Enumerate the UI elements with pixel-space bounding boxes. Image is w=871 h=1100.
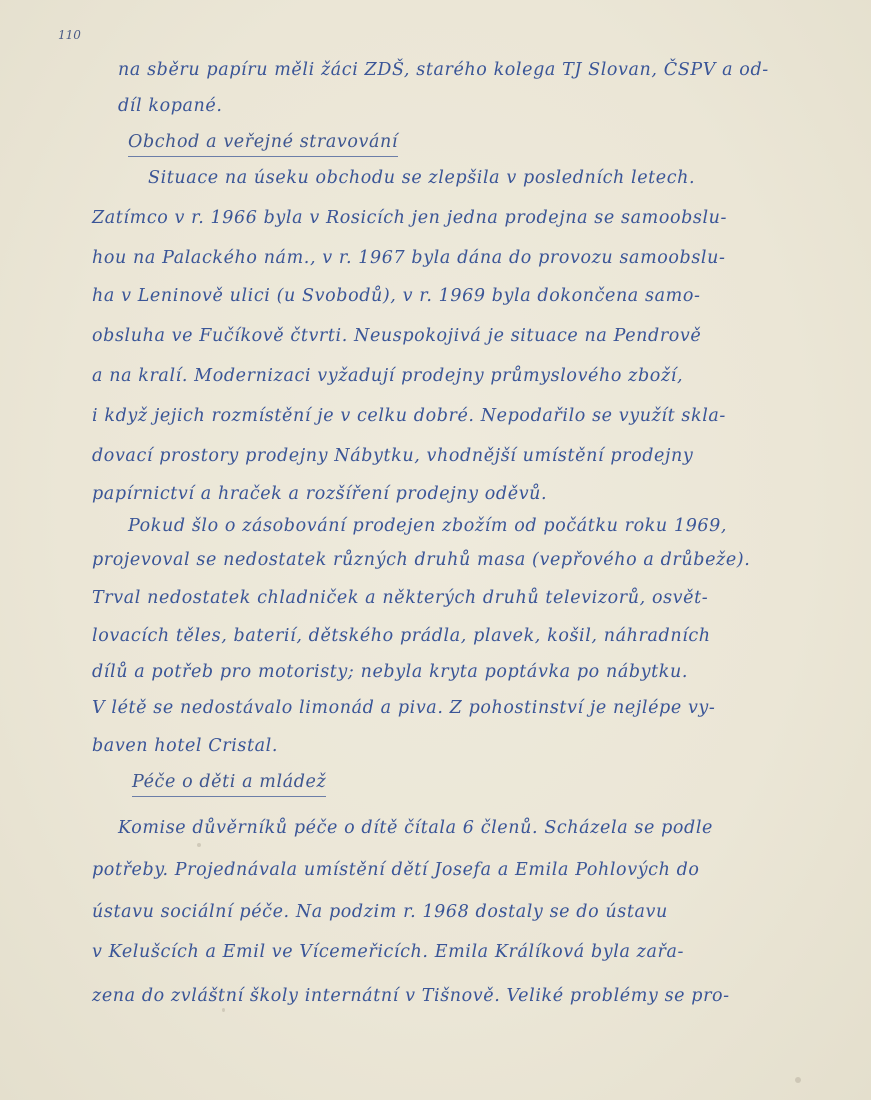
- text-line: a na kralí. Modernizaci vyžadují prodejn…: [92, 368, 683, 386]
- text-line: obsluha ve Fučíkově čtvrti. Neuspokojivá…: [92, 328, 701, 346]
- paper-spot: [795, 1077, 801, 1083]
- text-line: i když jejich rozmístění je v celku dobr…: [92, 408, 726, 426]
- text-line: Situace na úseku obchodu se zlepšila v p…: [148, 170, 695, 188]
- text-line: projevoval se nedostatek různých druhů m…: [92, 552, 750, 570]
- text-line: baven hotel Cristal.: [92, 738, 278, 756]
- page-number: 110: [58, 28, 81, 42]
- text-line: ha v Leninově ulici (u Svobodů), v r. 19…: [92, 288, 700, 306]
- text-line: hou na Palackého nám., v r. 1967 byla dá…: [92, 250, 726, 268]
- chronicle-page: 110 Obchod a veřejné stravování Péče o d…: [0, 0, 871, 1100]
- text-line: papírnictví a hraček a rozšíření prodejn…: [92, 486, 547, 504]
- text-line: Zatímco v r. 1966 byla v Rosicích jen je…: [92, 210, 727, 228]
- text-line: V létě se nedostávalo limonád a piva. Z …: [92, 700, 715, 718]
- text-line: na sběru papíru měli žáci ZDŠ, starého k…: [118, 62, 769, 80]
- section-heading-childcare: Péče o děti a mládež: [132, 774, 326, 797]
- text-line: zena do zvláštní školy internátní v Tišn…: [92, 988, 730, 1006]
- paper-spot: [197, 843, 201, 847]
- text-line: lovacích těles, baterií, dětského prádla…: [92, 628, 711, 646]
- text-line: v Kelušcích a Emil ve Vícemeřicích. Emil…: [92, 944, 684, 962]
- text-line: Trval nedostatek chladniček a některých …: [92, 590, 708, 608]
- text-line: Pokud šlo o zásobování prodejen zbožím o…: [128, 518, 727, 536]
- text-line: díl kopané.: [118, 98, 223, 116]
- section-heading-commerce: Obchod a veřejné stravování: [128, 134, 398, 157]
- text-line: dovací prostory prodejny Nábytku, vhodně…: [92, 448, 693, 466]
- text-line: potřeby. Projednávala umístění dětí Jose…: [92, 862, 700, 880]
- text-line: ústavu sociální péče. Na podzim r. 1968 …: [92, 904, 668, 922]
- text-line: dílů a potřeb pro motoristy; nebyla kryt…: [92, 664, 688, 682]
- text-line: Komise důvěrníků péče o dítě čítala 6 čl…: [118, 820, 713, 838]
- paper-spot: [222, 1008, 225, 1012]
